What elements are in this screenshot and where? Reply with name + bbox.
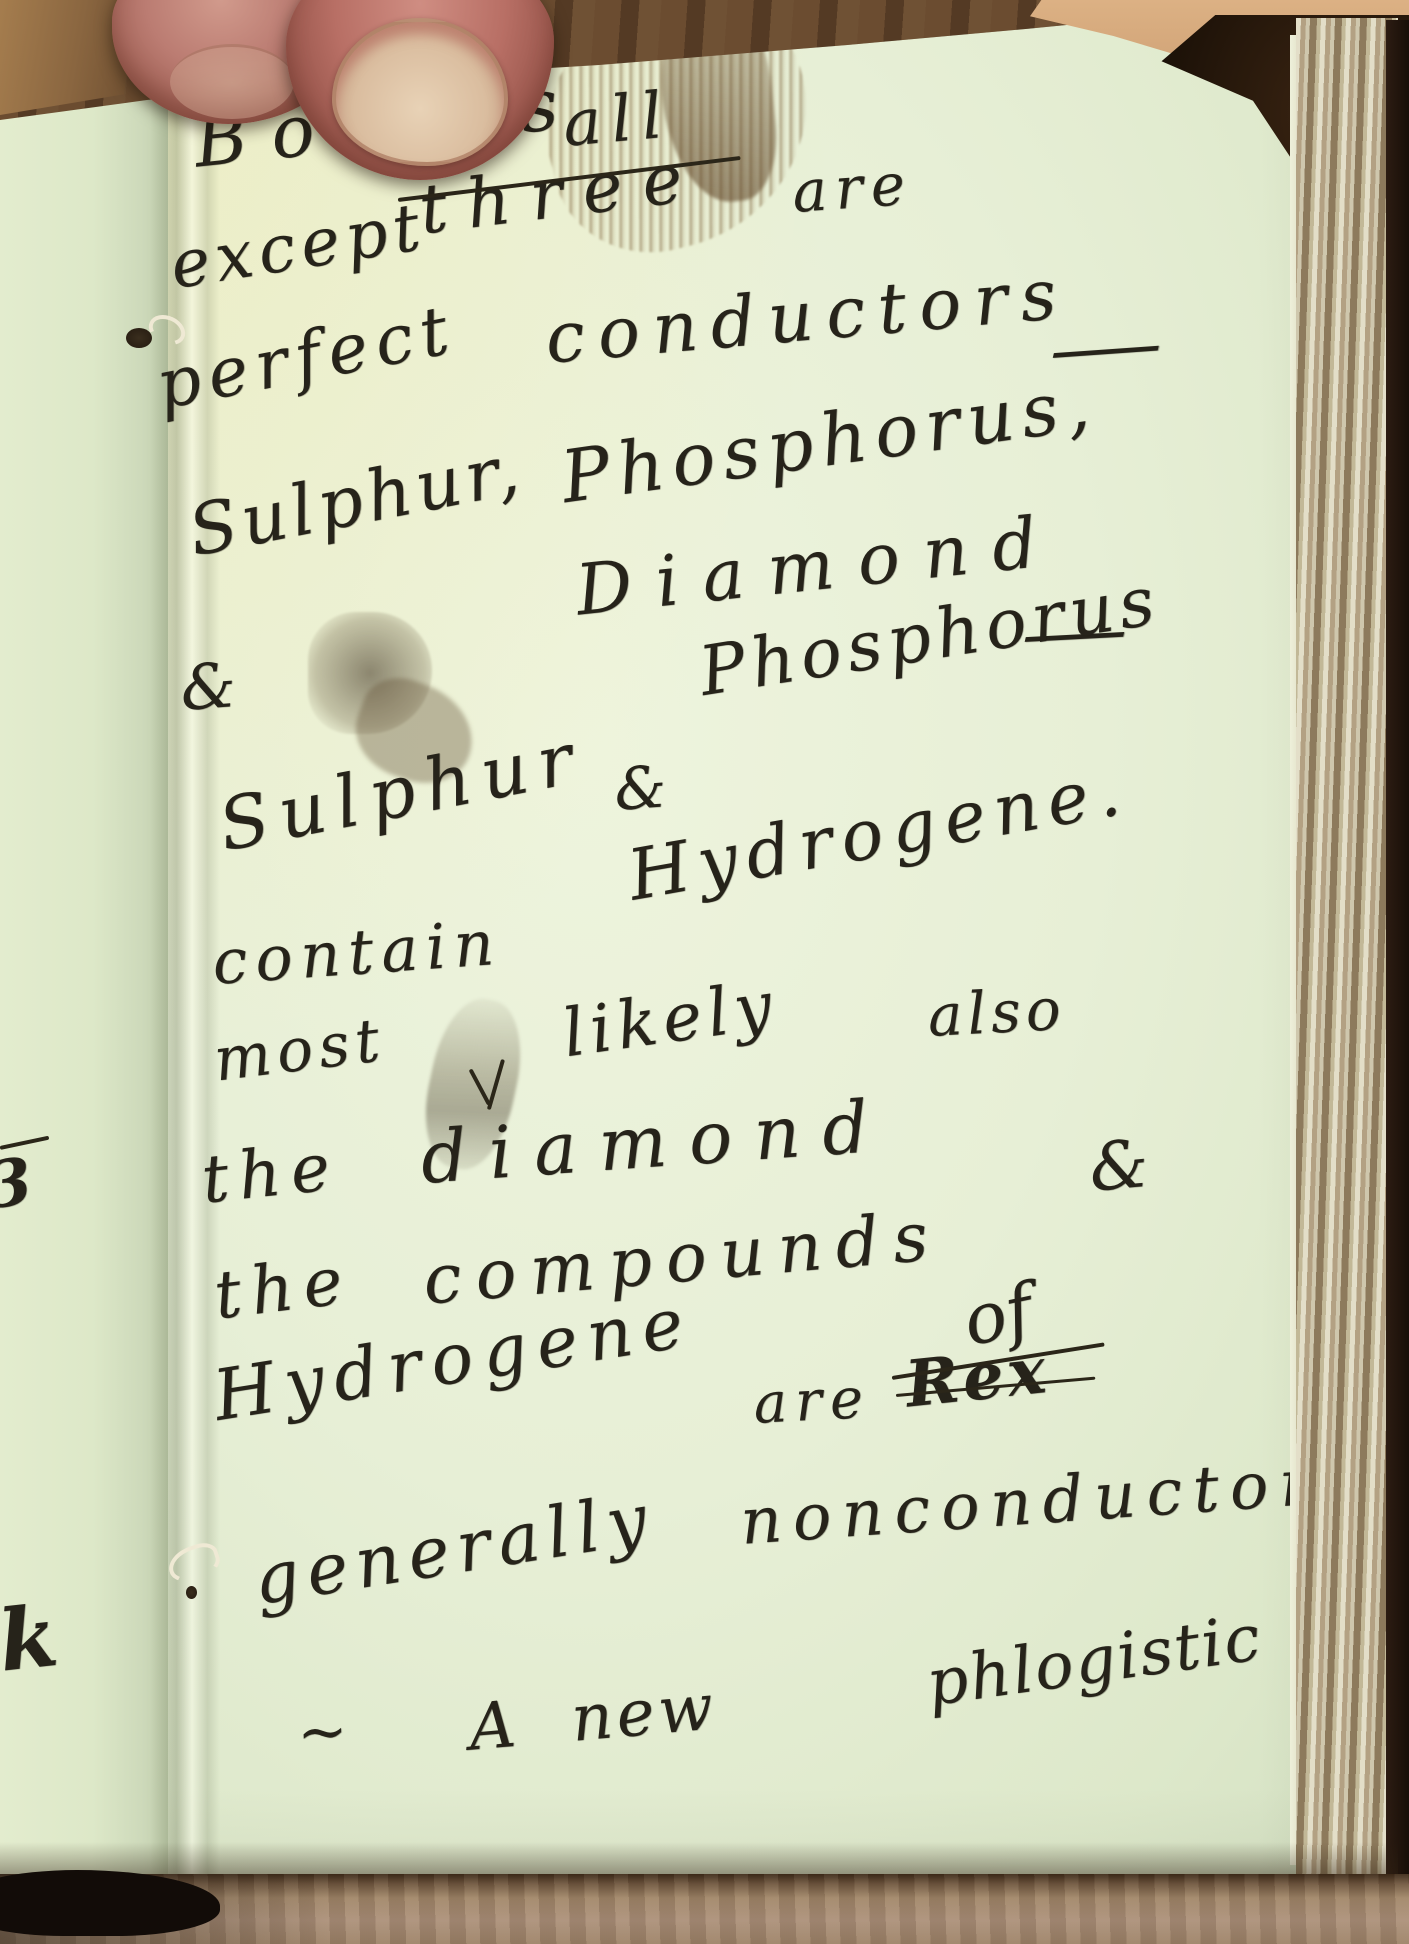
notebook-photograph: Bodies all except three are perfect cond… bbox=[0, 0, 1409, 1944]
handwritten-word: the bbox=[198, 1128, 343, 1219]
handwritten-ampersand: & bbox=[178, 648, 238, 725]
handwritten-tilde: ~ bbox=[296, 1696, 349, 1768]
facing-page-mark: k bbox=[0, 1586, 62, 1691]
fingernail-left bbox=[170, 44, 294, 119]
binding-hole-upper bbox=[126, 328, 152, 348]
handwritten-ampersand: & bbox=[612, 752, 668, 823]
handwritten-word: also bbox=[926, 975, 1067, 1050]
book-cover-right-edge bbox=[1386, 20, 1409, 1890]
handwritten-word: are bbox=[752, 1366, 873, 1437]
struck-out-word: Rex bbox=[902, 1333, 1053, 1423]
handwritten-ampersand: & bbox=[1086, 1125, 1151, 1207]
handwritten-word: are bbox=[790, 150, 915, 226]
book-fore-edge-pages bbox=[1296, 18, 1398, 1876]
binding-hole-lower bbox=[186, 1586, 197, 1599]
fingernail-right bbox=[332, 18, 508, 166]
